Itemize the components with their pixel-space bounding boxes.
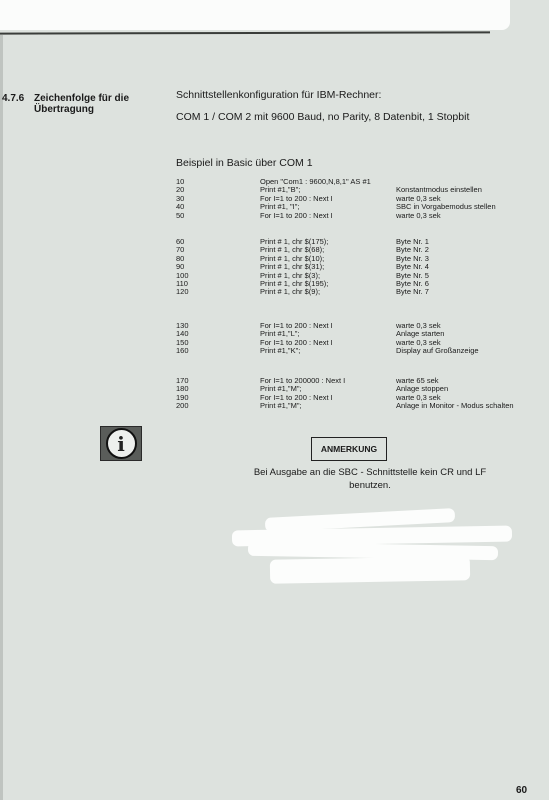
- line-number: 80: [176, 255, 260, 263]
- line-number: 110: [176, 280, 260, 288]
- line-number: 100: [176, 272, 260, 280]
- code-group-4: 170For I=1 to 200000 : Next Iwarte 65 se…: [176, 377, 514, 411]
- line-number: 30: [176, 195, 260, 203]
- line-number: 170: [176, 377, 260, 385]
- intro-heading: Schnittstellenkonfiguration für IBM-Rech…: [176, 89, 381, 101]
- example-heading: Beispiel in Basic über COM 1: [176, 157, 313, 169]
- page-edge: [0, 35, 3, 800]
- code-line: 40Print #1, "I";SBC in Vorgabemodus stel…: [176, 203, 496, 211]
- code-command: Print # 1, chr $(9);: [260, 288, 396, 296]
- code-comment: Byte Nr. 7: [396, 288, 429, 296]
- section-title: Zeichenfolge für die Übertragung: [34, 93, 154, 115]
- line-number: 180: [176, 385, 260, 393]
- code-line: 20Print #1,"B";Konstantmodus einstellen: [176, 186, 496, 194]
- line-number: 140: [176, 330, 260, 338]
- code-line: 200Print #1,"M";Anlage in Monitor - Modu…: [176, 402, 514, 410]
- line-number: 10: [176, 178, 260, 186]
- line-number: 190: [176, 394, 260, 402]
- line-number: 50: [176, 212, 260, 220]
- line-number: 60: [176, 238, 260, 246]
- line-number: 130: [176, 322, 260, 330]
- code-line: 50For I=1 to 200 : Next Iwarte 0,3 sek: [176, 212, 496, 220]
- note-label: ANMERKUNG: [311, 437, 387, 461]
- info-icon: i: [100, 426, 142, 461]
- code-command: Print #1,"K";: [260, 347, 396, 355]
- code-line: 180Print #1,"M";Anlage stoppen: [176, 385, 514, 393]
- redaction-mark: [270, 556, 470, 583]
- code-command: For I=1 to 200 : Next I: [260, 212, 396, 220]
- line-number: 40: [176, 203, 260, 211]
- code-comment: Display auf Großanzeige: [396, 347, 479, 355]
- line-number: 120: [176, 288, 260, 296]
- code-line: 120Print # 1, chr $(9);Byte Nr. 7: [176, 288, 429, 296]
- code-comment: Anlage in Monitor - Modus schalten: [396, 402, 514, 410]
- section-number: 4.7.6: [2, 93, 24, 104]
- line-number: 70: [176, 246, 260, 254]
- code-line: 170For I=1 to 200000 : Next Iwarte 65 se…: [176, 377, 514, 385]
- code-comment: warte 0,3 sek: [396, 212, 441, 220]
- line-number: 20: [176, 186, 260, 194]
- header-rule: [0, 31, 490, 34]
- line-number: 90: [176, 263, 260, 271]
- note-text-line2: benutzen.: [220, 479, 520, 492]
- scan-top-redaction: [0, 0, 510, 30]
- info-glyph: i: [106, 428, 137, 459]
- code-command: Print #1,"M";: [260, 402, 396, 410]
- note-text-line1: Bei Ausgabe an die SBC - Schnittstelle k…: [220, 466, 520, 479]
- line-number: 200: [176, 402, 260, 410]
- code-line: 160Print #1,"K";Display auf Großanzeige: [176, 347, 479, 355]
- page-number: 60: [516, 785, 527, 796]
- config-line: COM 1 / COM 2 mit 9600 Baud, no Parity, …: [176, 111, 469, 123]
- note-text: Bei Ausgabe an die SBC - Schnittstelle k…: [220, 466, 520, 492]
- code-group-2: 60Print # 1, chr $(175);Byte Nr. 170Prin…: [176, 238, 429, 297]
- code-group-3: 130For I=1 to 200 : Next Iwarte 0,3 sek1…: [176, 322, 479, 356]
- line-number: 150: [176, 339, 260, 347]
- code-group-1: 10Open "Com1 : 9600,N,8,1" AS #120Print …: [176, 178, 496, 220]
- line-number: 160: [176, 347, 260, 355]
